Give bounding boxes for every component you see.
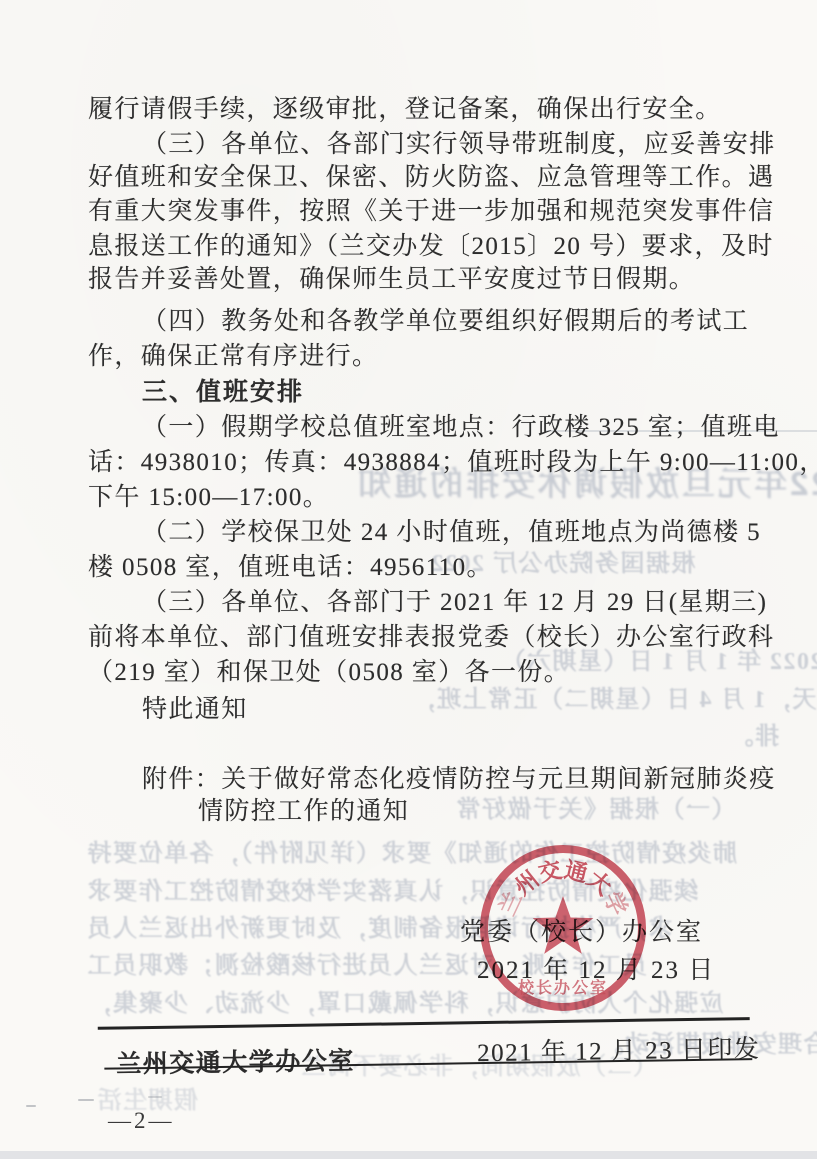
footer-rule-top <box>98 1017 750 1030</box>
page-number: —2— <box>108 1108 175 1134</box>
footer: 兰州交通大学办公室 2021 年 12 月 23 日印发 <box>0 0 817 1159</box>
scanned-document-page: 关于2022年元旦放假调休安排的通知 根据国务院办公厅 2022 2022 年 … <box>0 0 817 1159</box>
footer-issuer: 兰州交通大学办公室 <box>116 1041 355 1081</box>
